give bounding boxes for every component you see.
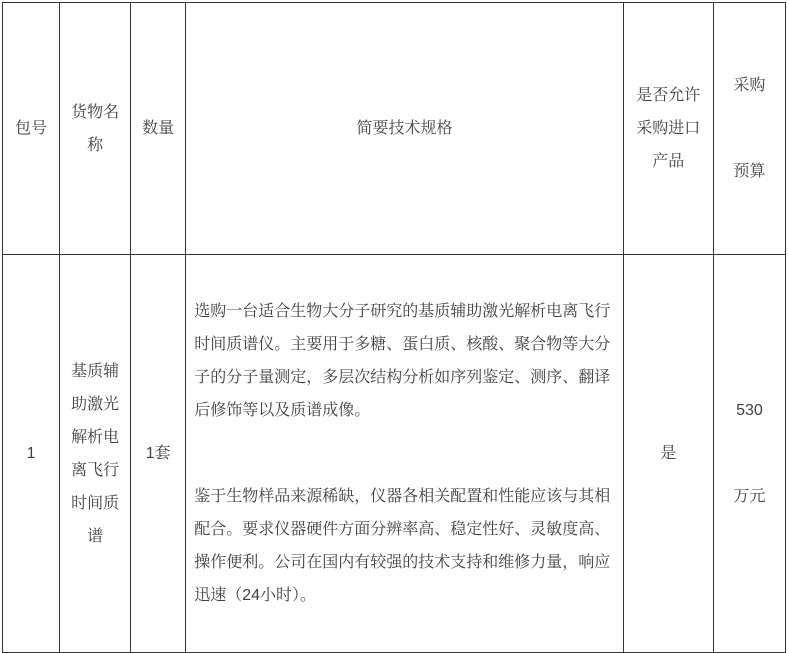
spec-paragraph-2: 鉴于生物样品来源稀缺，仪器各相关配置和性能应该与其相 配合。要求仪器硬件方面分辨… bbox=[194, 480, 614, 612]
header-import-allowed: 是否允许 采购进口 产品 bbox=[623, 3, 713, 255]
cell-package-no: 1 bbox=[3, 255, 60, 653]
cell-goods-name: 基质辅 助激光 解析电 离飞行 时间质 谱 bbox=[60, 255, 131, 653]
budget-value: 530 bbox=[714, 394, 785, 427]
header-goods-name: 货物名 称 bbox=[60, 3, 131, 255]
header-package-no: 包号 bbox=[3, 3, 60, 255]
table-header-row: 包号 货物名 称 数量 简要技术规格 是否允许 采购进口 产品 采购 预算 bbox=[3, 3, 786, 255]
budget-unit: 万元 bbox=[714, 480, 785, 513]
table-row: 1 基质辅 助激光 解析电 离飞行 时间质 谱 1套 选购一台适合生物大分子研究… bbox=[3, 255, 786, 653]
header-budget: 采购 预算 bbox=[713, 3, 785, 255]
cell-import-allowed: 是 bbox=[623, 255, 713, 653]
procurement-page: 包号 货物名 称 数量 简要技术规格 是否允许 采购进口 产品 采购 预算 1 … bbox=[0, 0, 788, 436]
cell-quantity: 1套 bbox=[131, 255, 186, 653]
cell-spec: 选购一台适合生物大分子研究的基质辅助激光解析电离飞行 时间质谱仪。主要用于多糖、… bbox=[186, 255, 624, 653]
procurement-table: 包号 货物名 称 数量 简要技术规格 是否允许 采购进口 产品 采购 预算 1 … bbox=[2, 2, 786, 653]
header-budget-stack: 采购 预算 bbox=[714, 36, 785, 221]
header-spec: 简要技术规格 bbox=[186, 3, 624, 255]
spec-paragraph-1: 选购一台适合生物大分子研究的基质辅助激光解析电离飞行 时间质谱仪。主要用于多糖、… bbox=[194, 295, 614, 427]
cell-budget: 530 万元 bbox=[713, 255, 785, 653]
header-quantity: 数量 bbox=[131, 3, 186, 255]
header-budget-line2: 预算 bbox=[714, 155, 785, 188]
header-budget-line1: 采购 bbox=[714, 69, 785, 102]
cell-budget-stack: 530 万元 bbox=[714, 361, 785, 546]
